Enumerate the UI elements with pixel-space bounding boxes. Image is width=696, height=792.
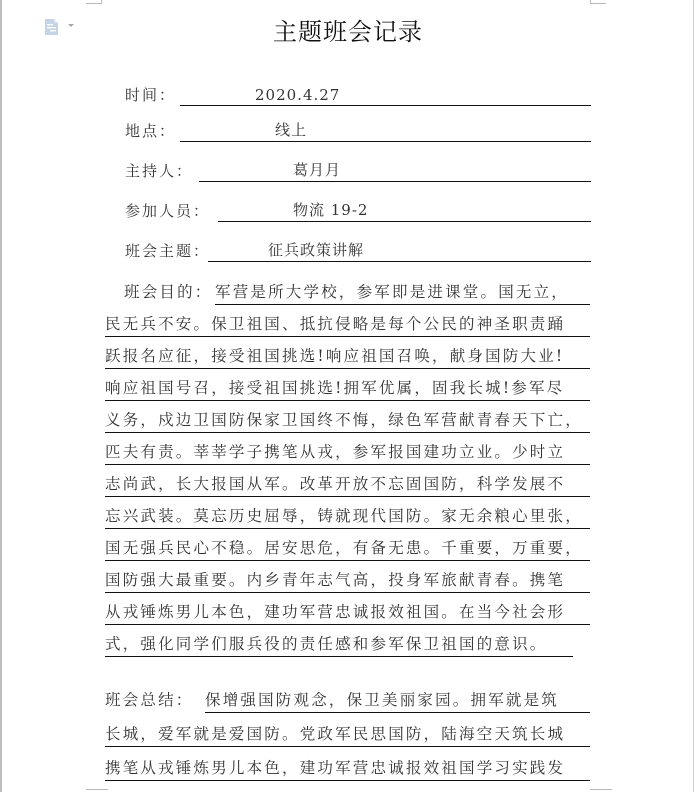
underline xyxy=(105,496,590,497)
purpose-text[interactable]: 民无兵不安。保卫祖国、抵抗侵略是每个公民的神圣职责踊 xyxy=(105,312,565,334)
page-edge-right xyxy=(693,0,694,792)
margin-marker-top-left xyxy=(86,0,102,4)
purpose-line: 从戎锤炼男儿本色，建功军营忠诚报效祖国。在当今社会形 xyxy=(105,596,590,628)
underline xyxy=(105,560,590,561)
field-value[interactable]: 物流 19-2 xyxy=(293,199,368,220)
field-host: 主持人： 葛月月 xyxy=(125,158,591,184)
purpose-line: 民无兵不安。保卫祖国、抵抗侵略是每个公民的神圣职责踊 xyxy=(105,308,590,340)
margin-marker-top-right xyxy=(590,0,606,4)
summary-line: 长城，爱军就是爱国防。党政军民思国防，陆海空天筑长城 xyxy=(105,718,590,750)
field-value[interactable]: 葛月月 xyxy=(293,159,341,180)
underline xyxy=(218,221,591,222)
purpose-text[interactable]: 忘兴武装。莫忘历史屈辱，铸就现代国防。家无余粮心里张， xyxy=(105,504,583,526)
underline xyxy=(105,746,590,747)
purpose-line: 义务，戍边卫国防保家卫国终不悔，绿色军营献青春天下亡， xyxy=(105,404,590,436)
underline xyxy=(105,336,590,337)
field-value[interactable]: 线上 xyxy=(275,119,307,140)
field-label: 班会主题： xyxy=(125,240,210,261)
underline xyxy=(105,656,573,657)
underline xyxy=(205,712,590,713)
field-topic: 班会主题： 征兵政策讲解 xyxy=(125,238,591,264)
summary-line: 携笔从戎锤炼男儿本色，建功军营忠诚报效祖国学习实践发 xyxy=(105,752,590,784)
field-label: 主持人： xyxy=(125,160,193,181)
purpose-text[interactable]: 义务，戍边卫国防保家卫国终不悔，绿色军营献青春天下亡， xyxy=(105,408,583,430)
purpose-text[interactable]: 跃报名应征，接受祖国挑选!响应祖国召唤，献身国防大业! xyxy=(105,344,564,366)
underline xyxy=(105,368,590,369)
purpose-text[interactable]: 志尚武，长大报国从军。改革开放不忘固国防，科学发展不 xyxy=(105,472,565,494)
underline xyxy=(199,181,591,182)
purpose-line: 国防强大最重要。内乡青年志气高，投身军旅献青春。携笔 xyxy=(105,564,590,596)
purpose-text[interactable]: 从戎锤炼男儿本色，建功军营忠诚报效祖国。在当今社会形 xyxy=(105,600,565,622)
field-label: 地点： xyxy=(125,120,176,141)
underline xyxy=(105,780,590,781)
underline xyxy=(208,261,591,262)
purpose-line: 响应祖国号召，接受祖国挑选!拥军优属，固我长城!参军尽 xyxy=(105,372,590,404)
underline xyxy=(105,432,590,433)
document-title: 主题班会记录 xyxy=(0,12,696,47)
summary-label: 班会总结： xyxy=(105,688,194,710)
purpose-text[interactable]: 军营是所大学校，参军即是进课堂。国无立， xyxy=(215,280,569,302)
purpose-line: 忘兴武装。莫忘历史屈辱，铸就现代国防。家无余粮心里张， xyxy=(105,500,590,532)
underline xyxy=(180,141,591,142)
summary-line: 班会总结： 保增强国防观念，保卫美丽家园。拥军就是筑 xyxy=(105,684,590,716)
underline xyxy=(180,105,591,106)
summary-text[interactable]: 保增强国防观念，保卫美丽家园。拥军就是筑 xyxy=(205,688,559,710)
purpose-text[interactable]: 国无强兵民心不稳。居安思危，有备无患。千重要，万重要， xyxy=(105,536,583,558)
purpose-line: 式，强化同学们服兵役的责任感和参军保卫祖国的意识。 xyxy=(105,628,590,660)
page-edge-left xyxy=(0,0,2,792)
summary-text[interactable]: 长城，爱军就是爱国防。党政军民思国防，陆海空天筑长城 xyxy=(105,722,565,744)
field-time: 时间： 2020.4.27 xyxy=(125,82,591,108)
purpose-text[interactable]: 国防强大最重要。内乡青年志气高，投身军旅献青春。携笔 xyxy=(105,568,565,590)
underline xyxy=(105,400,590,401)
purpose-line: 班会目的： 军营是所大学校，参军即是进课堂。国无立， xyxy=(105,276,590,308)
field-participants: 参加人员： 物流 19-2 xyxy=(125,198,591,224)
field-location: 地点： 线上 xyxy=(125,118,591,144)
purpose-line: 国无强兵民心不稳。居安思危，有备无患。千重要，万重要， xyxy=(105,532,590,564)
field-value[interactable]: 2020.4.27 xyxy=(255,86,340,104)
purpose-text[interactable]: 式，强化同学们服兵役的责任感和参军保卫祖国的意识。 xyxy=(105,632,548,654)
underline xyxy=(105,464,590,465)
underline xyxy=(105,592,590,593)
purpose-line: 志尚武，长大报国从军。改革开放不忘固国防，科学发展不 xyxy=(105,468,590,500)
purpose-label: 班会目的： xyxy=(124,280,213,302)
underline xyxy=(105,528,590,529)
underline xyxy=(105,624,590,625)
underline xyxy=(215,304,590,305)
field-value[interactable]: 征兵政策讲解 xyxy=(268,239,364,260)
field-label: 时间： xyxy=(125,84,176,105)
field-label: 参加人员： xyxy=(125,200,210,221)
purpose-text[interactable]: 匹夫有责。莘莘学子携笔从戎，参军报国建功立业。少时立 xyxy=(105,440,565,462)
summary-text[interactable]: 携笔从戎锤炼男儿本色，建功军营忠诚报效祖国学习实践发 xyxy=(105,756,565,778)
purpose-text[interactable]: 响应祖国号召，接受祖国挑选!拥军优属，固我长城!参军尽 xyxy=(105,376,564,398)
purpose-line: 匹夫有责。莘莘学子携笔从戎，参军报国建功立业。少时立 xyxy=(105,436,590,468)
purpose-line: 跃报名应征，接受祖国挑选!响应祖国召唤，献身国防大业! xyxy=(105,340,590,372)
